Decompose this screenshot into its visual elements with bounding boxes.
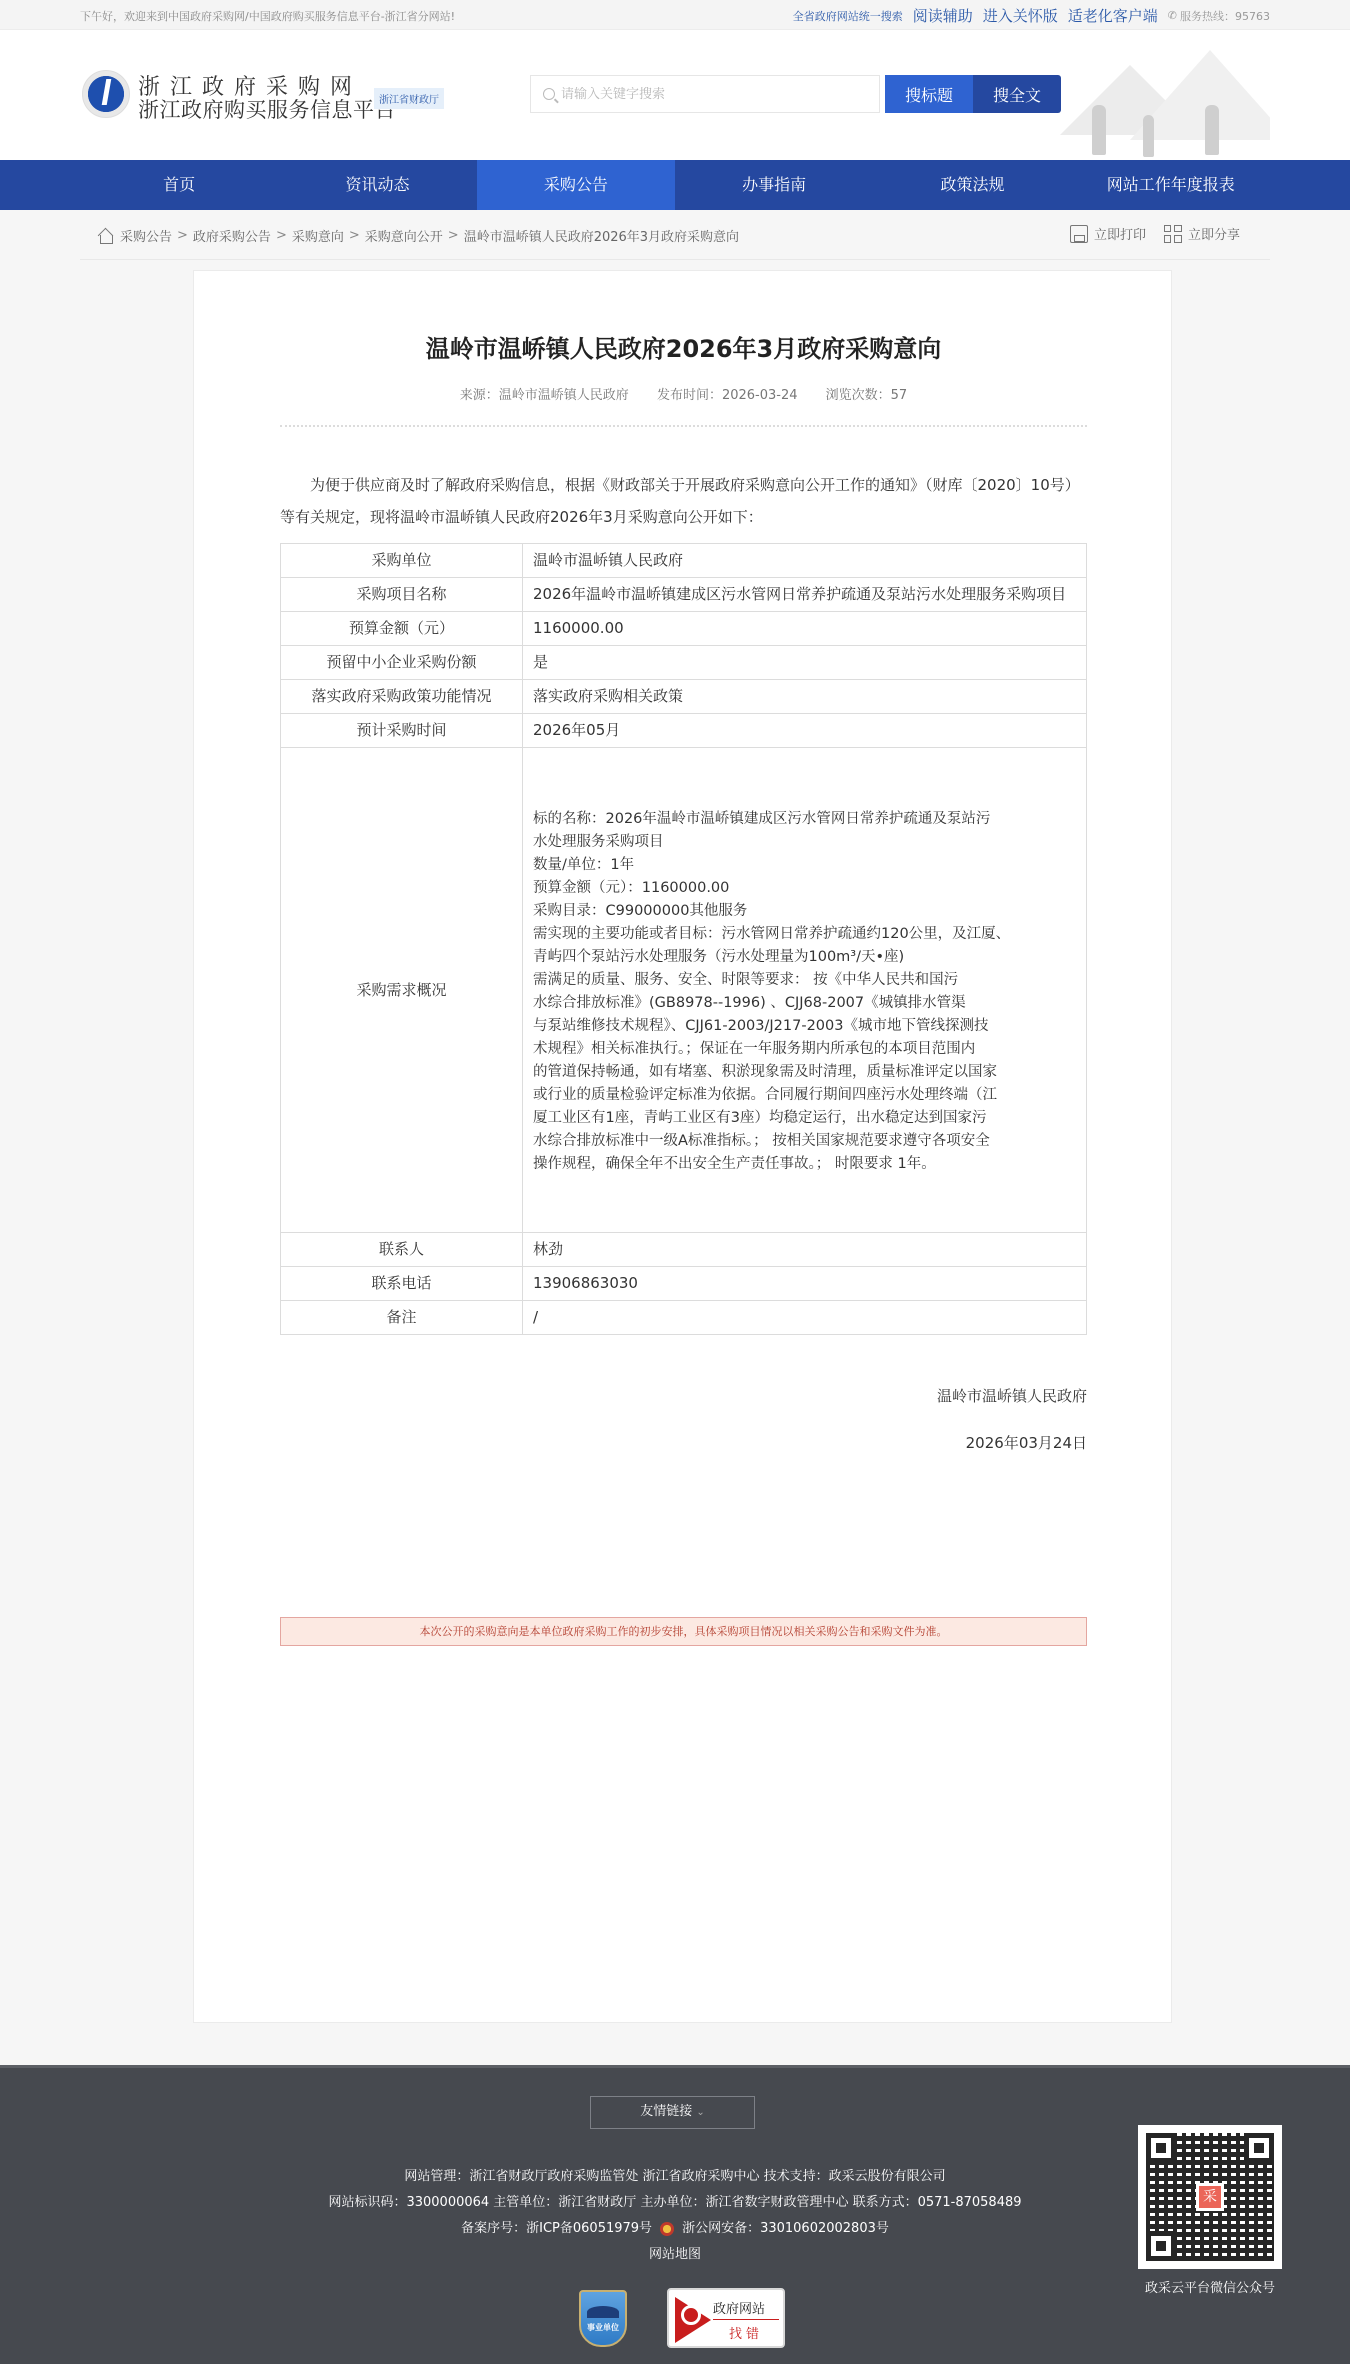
title-divider — [280, 425, 1087, 427]
field-value: 13906863030 — [523, 1267, 1087, 1301]
care-version-link[interactable]: 进入关怀版 — [983, 5, 1058, 26]
printer-icon — [1070, 225, 1088, 243]
field-value: / — [523, 1301, 1087, 1335]
field-value: 1160000.00 — [523, 612, 1087, 646]
hotline: ✆ 服务热线：95763 — [1168, 8, 1270, 24]
field-label: 联系人 — [281, 1233, 523, 1267]
table-row: 联系人林劲 — [281, 1233, 1087, 1267]
field-value: 标的名称：2026年温岭市温峤镇建成区污水管网日常养护疏通及泵站污 水处理服务采… — [523, 748, 1087, 1233]
findbug-label-2: 找错 — [729, 2323, 763, 2342]
nav-news[interactable]: 资讯动态 — [278, 160, 476, 210]
elderly-client-link[interactable]: 适老化客户端 — [1068, 5, 1158, 26]
print-label: 立即打印 — [1094, 224, 1146, 243]
table-row: 采购项目名称2026年温岭市温峤镇建成区污水管网日常养护疏通及泵站污水处理服务采… — [281, 578, 1087, 612]
table-row: 备注/ — [281, 1301, 1087, 1335]
police-badge-icon — [660, 2222, 674, 2236]
main-nav: 首页 资讯动态 采购公告 办事指南 政策法规 网站工作年度报表 — [0, 160, 1350, 210]
search-icon — [543, 88, 555, 100]
table-row: 预留中小企业采购份额是 — [281, 646, 1087, 680]
nav-procurement-notices[interactable]: 采购公告 — [477, 160, 675, 210]
article-title: 温岭市温峤镇人民政府2026年3月政府采购意向 — [280, 329, 1087, 364]
page-actions: 立即打印 立即分享 — [1070, 224, 1240, 243]
field-value: 落实政府采购相关政策 — [523, 680, 1087, 714]
share-label: 立即分享 — [1188, 224, 1240, 243]
breadcrumb-item[interactable]: 采购意向 — [292, 226, 344, 245]
breadcrumb-separator: > — [276, 228, 287, 243]
site-header: 浙江政府采购网 浙江政府购买服务信息平台 浙江省财政厅 搜标题 搜全文 — [0, 30, 1350, 160]
police-record-link[interactable]: 浙公网安备：33010602002803号 — [682, 2216, 889, 2242]
field-label: 采购项目名称 — [281, 578, 523, 612]
wechat-qr-code: 采 — [1138, 2125, 1282, 2269]
breadcrumb-item[interactable]: 政府采购公告 — [193, 226, 271, 245]
chevron-down-icon: ⌄ — [696, 2107, 704, 2118]
logo-title-secondary[interactable]: 浙江政府购买服务信息平台 — [138, 94, 396, 124]
breadcrumb-item[interactable]: 采购公告 — [120, 226, 172, 245]
breadcrumb-separator: > — [448, 228, 459, 243]
qr-caption: 政采云平台微信公众号 — [1120, 2277, 1300, 2296]
field-value: 2026年05月 — [523, 714, 1087, 748]
site-emblem-icon[interactable] — [82, 70, 130, 118]
findbug-label-1: 政府网站 — [713, 2298, 765, 2317]
gov-site-error-report-button[interactable]: 政府网站 找错 — [667, 2288, 785, 2348]
field-label: 预留中小企业采购份额 — [281, 646, 523, 680]
field-label: 联系电话 — [281, 1267, 523, 1301]
field-label: 预计采购时间 — [281, 714, 523, 748]
department-badge: 浙江省财政厅 — [374, 88, 444, 109]
breadcrumb-separator: > — [349, 228, 360, 243]
friend-links-dropdown[interactable]: 友情链接⌄ — [590, 2096, 755, 2129]
icp-link[interactable]: 备案序号：浙ICP备06051979号 — [461, 2216, 652, 2242]
unified-search-link[interactable]: 全省政府网站统一搜索 — [793, 8, 903, 24]
disclaimer-notice: 本次公开的采购意向是本单位政府采购工作的初步安排，具体采购项目情况以相关采购公告… — [280, 1617, 1087, 1646]
field-value: 是 — [523, 646, 1087, 680]
print-button[interactable]: 立即打印 — [1070, 224, 1146, 243]
article-source: 来源：温岭市温峤镇人民政府 — [460, 388, 629, 403]
breadcrumb: 采购公告 > 政府采购公告 > 采购意向 > 采购意向公开 > 温岭市温峤镇人民… — [98, 226, 739, 245]
table-row: 预算金额（元）1160000.00 — [281, 612, 1087, 646]
table-row: 落实政府采购政策功能情况落实政府采购相关政策 — [281, 680, 1087, 714]
article-intro: 为便于供应商及时了解政府采购信息，根据《财政部关于开展政府采购意向公开工作的通知… — [280, 469, 1087, 533]
table-row: 采购需求概况标的名称：2026年温岭市温峤镇建成区污水管网日常养护疏通及泵站污 … — [281, 748, 1087, 1233]
table-row: 预计采购时间2026年05月 — [281, 714, 1087, 748]
signature-org: 温岭市温峤镇人民政府 — [280, 1385, 1087, 1406]
share-button[interactable]: 立即分享 — [1164, 224, 1240, 243]
top-bar: 下午好，欢迎来到中国政府采购网/中国政府购买服务信息平台-浙江省分网站! 全省政… — [0, 0, 1350, 30]
breadcrumb-item[interactable]: 采购意向公开 — [365, 226, 443, 245]
nav-annual-report[interactable]: 网站工作年度报表 — [1072, 160, 1270, 210]
breadcrumb-bar: 采购公告 > 政府采购公告 > 采购意向 > 采购意向公开 > 温岭市温峤镇人民… — [80, 210, 1270, 260]
breadcrumb-separator: > — [177, 228, 188, 243]
home-icon[interactable] — [98, 229, 114, 243]
article: 温岭市温峤镇人民政府2026年3月政府采购意向 来源：温岭市温峤镇人民政府 发布… — [280, 271, 1087, 1646]
field-label: 采购需求概况 — [281, 748, 523, 1233]
procurement-intent-table: 采购单位温岭市温峤镇人民政府采购项目名称2026年温岭市温峤镇建成区污水管网日常… — [280, 543, 1087, 1335]
public-institution-label: 事业单位 — [581, 2322, 625, 2333]
breadcrumb-current: 温岭市温峤镇人民政府2026年3月政府采购意向 — [464, 226, 739, 245]
table-row: 联系电话13906863030 — [281, 1267, 1087, 1301]
phone-icon: ✆ — [1168, 9, 1177, 22]
article-card: 温岭市温峤镇人民政府2026年3月政府采购意向 来源：温岭市温峤镇人民政府 发布… — [193, 270, 1172, 2023]
public-institution-badge-icon[interactable]: 事业单位 — [579, 2290, 627, 2347]
friend-links-label: 友情链接 — [640, 2104, 692, 2119]
sitemap-link[interactable]: 网站地图 — [649, 2242, 701, 2268]
field-label: 落实政府采购政策功能情况 — [281, 680, 523, 714]
header-scenery-illustration — [1040, 30, 1270, 160]
zhengcaiyun-logo-icon: 采 — [1196, 2183, 1224, 2211]
site-footer: 友情链接⌄ 网站管理：浙江省财政厅政府采购监管处 浙江省政府采购中心 技术支持：… — [0, 2065, 1350, 2364]
search-title-button[interactable]: 搜标题 — [885, 75, 973, 113]
qr-share-icon — [1164, 225, 1182, 243]
top-links: 全省政府网站统一搜索 阅读辅助 进入关怀版 适老化客户端 ✆ 服务热线：9576… — [793, 5, 1270, 26]
field-value: 2026年温岭市温峤镇建成区污水管网日常养护疏通及泵站污水处理服务采购项目 — [523, 578, 1087, 612]
hotline-text: 服务热线：95763 — [1180, 8, 1270, 24]
article-meta: 来源：温岭市温峤镇人民政府 发布时间：2026-03-24 浏览次数：57 — [280, 384, 1087, 403]
table-row: 采购单位温岭市温峤镇人民政府 — [281, 544, 1087, 578]
welcome-text: 下午好，欢迎来到中国政府采购网/中国政府购买服务信息平台-浙江省分网站! — [80, 8, 455, 24]
field-value: 林劲 — [523, 1233, 1087, 1267]
nav-guide[interactable]: 办事指南 — [675, 160, 873, 210]
article-publish-time: 发布时间：2026-03-24 — [657, 388, 798, 403]
search-box — [530, 75, 880, 113]
nav-home[interactable]: 首页 — [80, 160, 278, 210]
signature-date: 2026年03月24日 — [280, 1432, 1087, 1453]
nav-policies[interactable]: 政策法规 — [873, 160, 1071, 210]
field-value: 温岭市温峤镇人民政府 — [523, 544, 1087, 578]
field-label: 预算金额（元） — [281, 612, 523, 646]
field-label: 采购单位 — [281, 544, 523, 578]
reading-aid-link[interactable]: 阅读辅助 — [913, 5, 973, 26]
article-views: 浏览次数：57 — [826, 388, 908, 403]
search-input[interactable] — [561, 87, 861, 102]
field-label: 备注 — [281, 1301, 523, 1335]
